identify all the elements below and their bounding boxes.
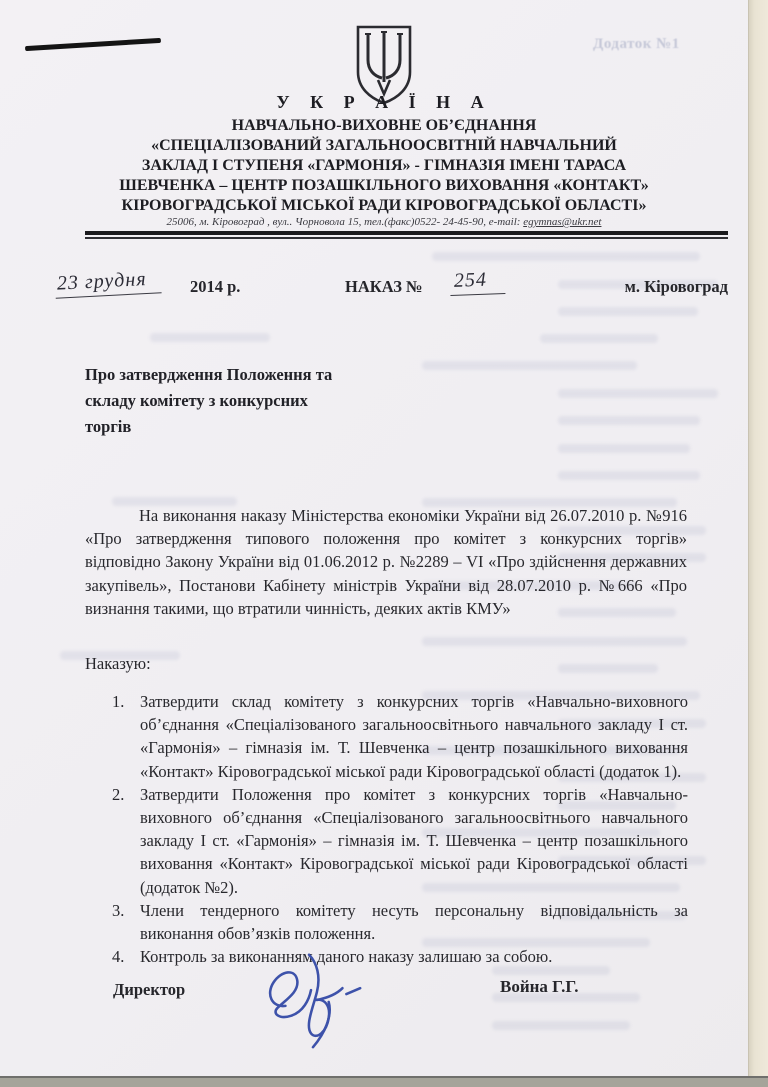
org-line: ШЕВЧЕНКА – ЦЕНТР ПОЗАШКІЛЬНОГО ВИХОВАННЯ… xyxy=(64,176,704,196)
bleed-through-text: Додаток №1 xyxy=(593,36,680,53)
bleed-through-line xyxy=(422,361,637,370)
list-item: 2. Затвердити Положення про комітет з ко… xyxy=(112,783,688,899)
bleed-through-line xyxy=(558,416,700,425)
address-text: 25006, м. Кіровоград , вул.. Чорновола 1… xyxy=(167,216,524,228)
order-items-list: 1. Затвердити склад комітету з конкурсни… xyxy=(112,690,688,968)
bleed-through-line xyxy=(150,333,270,342)
directive-label: Наказую: xyxy=(85,654,151,674)
bleed-through-line xyxy=(558,389,718,398)
org-line: «СПЕЦІАЛІЗОВАНИЙ ЗАГАЛЬНООСВІТНІЙ НАВЧАЛ… xyxy=(64,136,704,156)
city-label: м. Кіровоград xyxy=(498,277,728,297)
list-item-number: 4. xyxy=(112,945,140,968)
list-item-text: Затвердити склад комітету з конкурсних т… xyxy=(140,690,688,783)
letterhead-divider xyxy=(85,231,728,239)
list-item-number: 1. xyxy=(112,690,140,713)
scanned-order-document: Додаток №1 У К Р А Ї Н А НАВЧАЛЬНО-ВИХОВ… xyxy=(0,0,768,1087)
list-item-number: 3. xyxy=(112,899,140,922)
address-line: 25006, м. Кіровоград , вул.. Чорновола 1… xyxy=(64,216,704,228)
bleed-through-line xyxy=(558,444,690,453)
bleed-through-line xyxy=(422,637,687,646)
list-item: 4. Контроль за виконанням даного наказу … xyxy=(112,945,688,968)
order-subject: Про затвердження Положення та складу ком… xyxy=(85,362,332,440)
bleed-through-line xyxy=(540,334,658,343)
org-line: ЗАКЛАД І СТУПЕНЯ «ГАРМОНІЯ» - ГІМНАЗІЯ І… xyxy=(64,156,704,176)
email-text: egymnas@ukr.net xyxy=(523,216,601,228)
subject-line: складу комітету з конкурсних xyxy=(85,388,332,414)
bleed-through-line xyxy=(432,252,700,261)
scan-artifact-dash xyxy=(25,38,161,51)
printed-year: 2014 р. xyxy=(190,277,240,297)
bleed-through-line xyxy=(558,307,698,316)
bleed-through-line xyxy=(558,471,700,480)
list-item-text: Члени тендерного комітету несуть персона… xyxy=(140,899,688,945)
page-edge-bottom-shadow xyxy=(0,1076,768,1087)
subject-line: Про затвердження Положення та xyxy=(85,362,332,388)
page-edge-right-shadow xyxy=(748,0,768,1087)
order-number-label: НАКАЗ № xyxy=(345,277,423,297)
list-item-text: Затвердити Положення про комітет з конку… xyxy=(140,783,688,899)
org-line: КІРОВОГРАДСЬКОЇ МІСЬКОЇ РАДИ КІРОВОГРАДС… xyxy=(64,196,704,216)
list-item: 1. Затвердити склад комітету з конкурсни… xyxy=(112,690,688,783)
list-item-number: 2. xyxy=(112,783,140,806)
handwritten-date: 23 грудня xyxy=(54,267,161,298)
signer-name: Война Г.Г. xyxy=(500,977,578,997)
bleed-through-line xyxy=(558,664,658,673)
director-signature xyxy=(252,942,370,1054)
list-item-text: Контроль за виконанням даного наказу зал… xyxy=(140,945,688,968)
bleed-through-line xyxy=(492,1021,630,1030)
subject-line: торгів xyxy=(85,414,332,440)
signer-title: Директор xyxy=(113,980,185,1000)
country-title: У К Р А Ї Н А xyxy=(0,92,768,113)
preamble-paragraph: На виконання наказу Міністерства економі… xyxy=(85,504,687,620)
org-line: НАВЧАЛЬНО-ВИХОВНЕ ОБ’ЄДНАННЯ xyxy=(64,116,704,136)
divider-thick-line xyxy=(85,231,728,235)
divider-thin-line xyxy=(85,237,728,239)
organization-name: НАВЧАЛЬНО-ВИХОВНЕ ОБ’ЄДНАННЯ «СПЕЦІАЛІЗО… xyxy=(64,116,704,216)
list-item: 3. Члени тендерного комітету несуть перс… xyxy=(112,899,688,945)
